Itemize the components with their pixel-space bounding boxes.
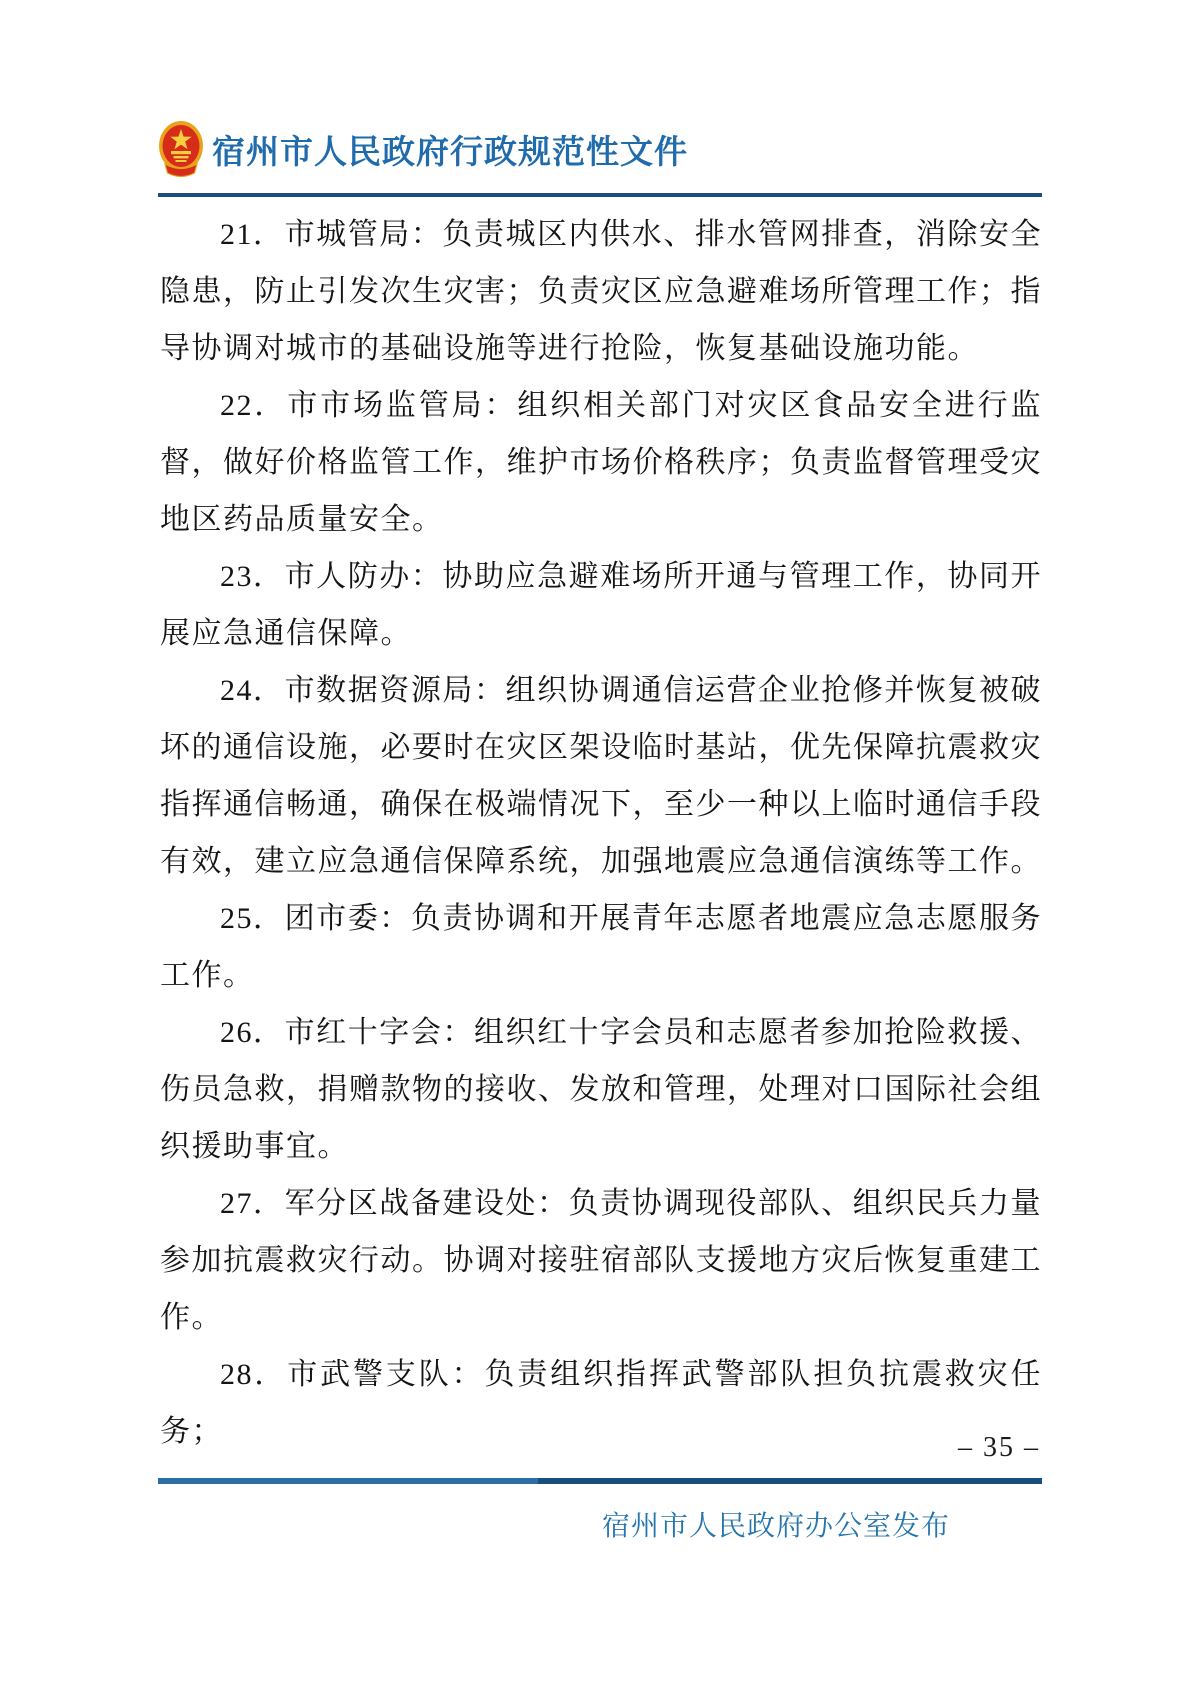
header-title: 宿州市人民政府行政规范性文件 bbox=[212, 126, 688, 173]
document-page: 宿州市人民政府行政规范性文件 21．市城管局：负责城区内供水、排水管网排查，消除… bbox=[0, 0, 1190, 1683]
page-header: 宿州市人民政府行政规范性文件 bbox=[158, 120, 688, 178]
publisher-line: 宿州市人民政府办公室发布 bbox=[602, 1504, 950, 1544]
paragraph-item-21: 21．市城管局：负责城区内供水、排水管网排查，消除安全隐患，防止引发次生灾害；负… bbox=[160, 206, 1042, 377]
paragraph-item-23: 23．市人防办：协助应急避难场所开通与管理工作，协同开展应急通信保障。 bbox=[160, 548, 1042, 662]
paragraph-item-22: 22．市市场监管局：组织相关部门对灾区食品安全进行监督，做好价格监管工作，维护市… bbox=[160, 377, 1042, 548]
paragraph-item-26: 26．市红十字会：组织红十字会员和志愿者参加抢险救援、伤员急救，捐赠款物的接收、… bbox=[160, 1004, 1042, 1175]
footer-rule bbox=[158, 1478, 1042, 1484]
paragraph-item-28: 28．市武警支队：负责组织指挥武警部队担负抗震救灾任务； bbox=[160, 1346, 1042, 1460]
china-national-emblem-icon bbox=[158, 120, 204, 178]
header-rule bbox=[158, 193, 1042, 197]
document-body: 21．市城管局：负责城区内供水、排水管网排查，消除安全隐患，防止引发次生灾害；负… bbox=[160, 206, 1042, 1460]
page-number: – 35 – bbox=[958, 1432, 1040, 1464]
paragraph-item-27: 27．军分区战备建设处：负责协调现役部队、组织民兵力量参加抗震救灾行动。协调对接… bbox=[160, 1175, 1042, 1346]
paragraph-item-24: 24．市数据资源局：组织协调通信运营企业抢修并恢复被破坏的通信设施，必要时在灾区… bbox=[160, 662, 1042, 890]
paragraph-item-25: 25．团市委：负责协调和开展青年志愿者地震应急志愿服务工作。 bbox=[160, 890, 1042, 1004]
